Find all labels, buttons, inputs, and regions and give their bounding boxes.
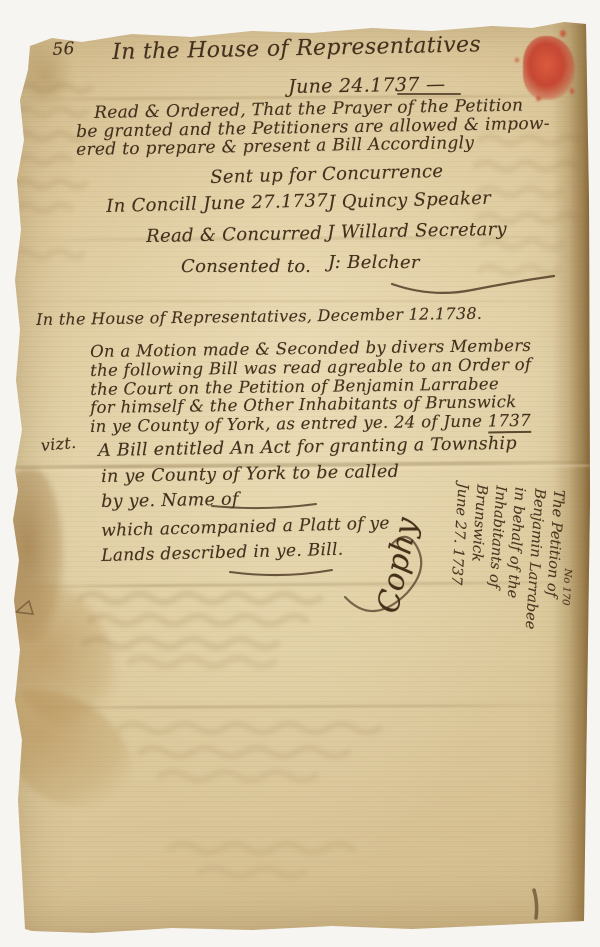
section1-heading: In the House of Representatives	[112, 32, 481, 65]
bill-underline-flourish	[230, 570, 332, 575]
secretary-signature: J Willard Secretary	[327, 219, 507, 243]
stain	[4, 690, 134, 808]
concurred-line: Read & Concurred	[146, 223, 322, 247]
bill-line: in ye County of York to be called	[101, 462, 399, 487]
section1-date: June 24.1737 —	[288, 73, 446, 98]
docket-endorsement: No 170 The Petition of Benjamin Larrabee…	[414, 480, 578, 665]
page-number: 56	[52, 39, 75, 60]
margin-doodle	[16, 601, 33, 614]
sent-up-line: Sent up for Concurrence	[210, 161, 444, 188]
ink-blot	[534, 890, 537, 918]
fold-crease	[15, 704, 583, 710]
stain	[4, 468, 64, 643]
wax-speckle	[515, 58, 519, 62]
scanned-manuscript-page: { "page": { "number": "56" }, "section1"…	[0, 0, 600, 947]
manuscript-paper: 56 In the House of Representatives June …	[0, 0, 600, 947]
fold-crease	[12, 300, 587, 302]
bill-line: which accompanied a Platt of ye	[101, 513, 390, 541]
speaker-signature: J Quincy Speaker	[328, 188, 491, 213]
consented-line: Consented to.	[181, 256, 311, 277]
bill-line: by ye. Name of	[101, 490, 239, 512]
stain	[6, 582, 116, 727]
council-line: In Concill June 27.1737	[106, 190, 328, 217]
governor-signature: J: Belcher	[328, 252, 420, 273]
belcher-flourish	[392, 276, 554, 293]
viz-marker: vizt.	[40, 433, 77, 455]
bill-line: A Bill entitled An Act for granting a To…	[98, 434, 517, 461]
underlined-year: 1737	[488, 411, 532, 434]
section2-heading: In the House of Representatives, Decembe…	[36, 304, 482, 329]
wax-speckle	[536, 96, 541, 101]
bill-line: Lands described in ye. Bill.	[101, 540, 344, 566]
page-edge-shadow	[552, 20, 590, 925]
